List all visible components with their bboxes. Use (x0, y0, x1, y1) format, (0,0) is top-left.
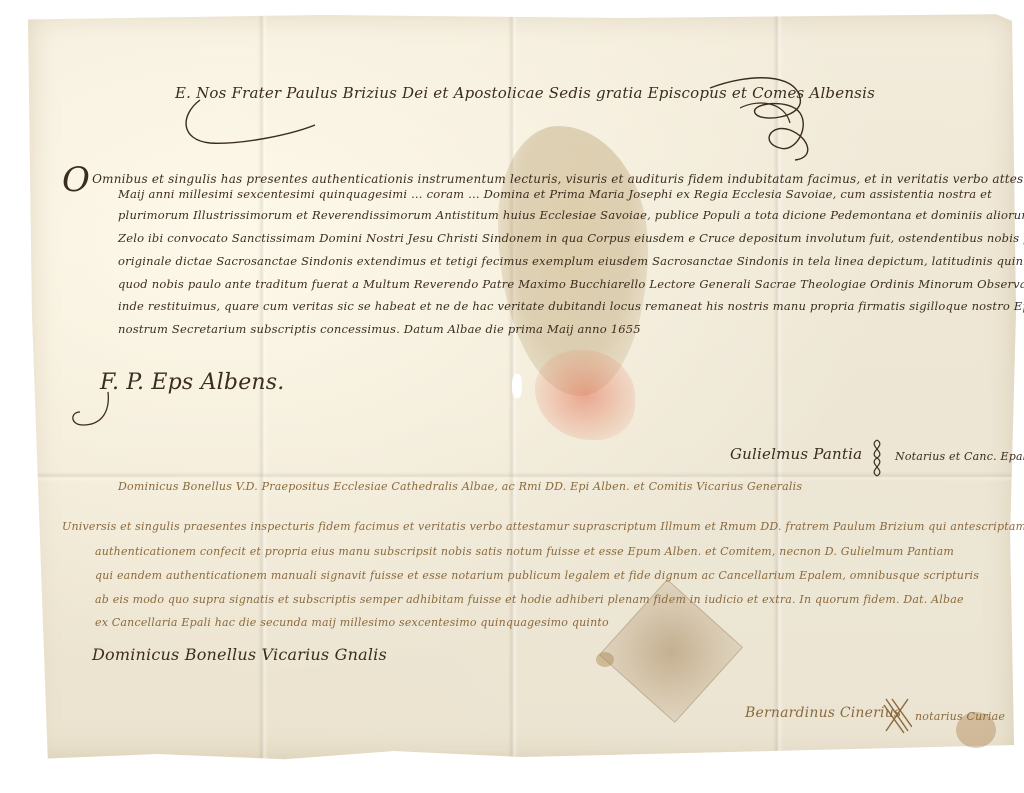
text-line: Zelo ibi convocato Sanctissimam Domini N… (118, 231, 1024, 245)
ink-spot (596, 652, 614, 667)
attestation-line: Universis et singulis praesentes inspect… (62, 520, 1024, 533)
notary-role: notarius Curiae (915, 710, 1005, 723)
text-line: nostrum Secretarium subscriptis concessi… (118, 322, 641, 336)
notarial-mark (862, 438, 892, 478)
attestation-line: ex Cancellaria Epali hac die secunda mai… (95, 616, 609, 629)
text-line: quod nobis paulo ante traditum fuerat a … (118, 277, 1024, 291)
bishop-signature: F. P. Eps Albens. (100, 370, 284, 395)
text-line: plurimorum Illustrissimorum et Reverendi… (118, 208, 1024, 222)
registry-line: Dominicus Bonellus V.D. Praepositus Eccl… (118, 480, 802, 493)
signature-flourish (68, 390, 118, 430)
notary-signature: Bernardinus Cinerius (745, 705, 901, 721)
initial-o: O (62, 160, 90, 200)
attestation-line: ab eis modo quo supra signatis et subscr… (95, 593, 964, 606)
vicar-signature: Dominicus Bonellus Vicarius Gnalis (92, 645, 387, 664)
attestation-line: authenticationem confecit et propria eiu… (95, 545, 954, 558)
heading-flourish (180, 95, 320, 155)
attestation-line: qui eandem authenticationem manuali sign… (95, 569, 979, 582)
text-line: inde restituimus, quare cum veritas sic … (118, 299, 1024, 313)
text-line: Maij anni millesimi sexcentesimi quinqua… (118, 187, 992, 201)
text-content: Omnibus et singulis has presentes authen… (92, 172, 1024, 186)
text-line: originale dictae Sacrosanctae Sindonis e… (118, 254, 1024, 268)
witness-role: Notarius et Canc. Epalis (895, 450, 1024, 463)
paper-hole (512, 374, 522, 398)
witness-signature: Gulielmus Pantia (730, 445, 862, 463)
notarial-flourish (700, 68, 830, 168)
notarial-mark (882, 695, 912, 735)
